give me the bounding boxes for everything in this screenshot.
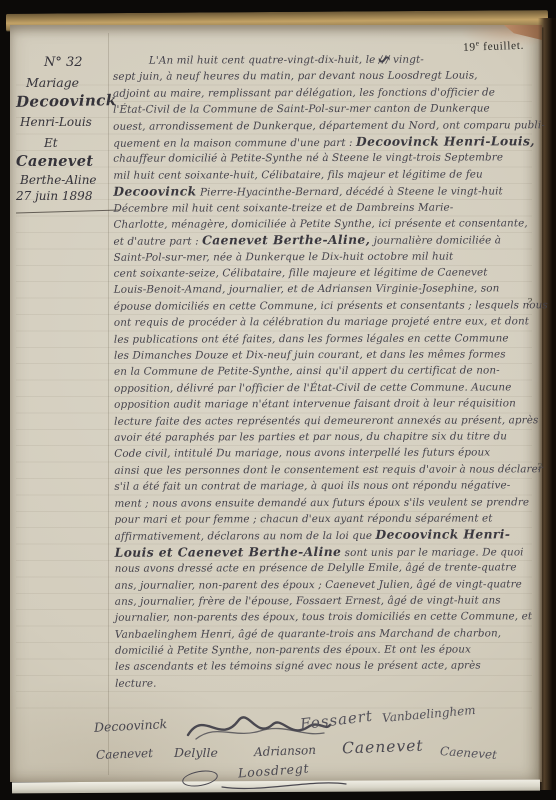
- manuscript-line: domicilié à Petite Synthe, non-parents d…: [115, 641, 545, 659]
- manuscript-line: avoir été paraphés par les parties et pa…: [114, 428, 544, 446]
- act-body-text: L'An mil huit cent quatre-vingt-dix-huit…: [113, 51, 545, 692]
- bride-given-names: Berthe-Aline: [20, 173, 97, 187]
- folio-label: 19e feuillet.: [463, 37, 524, 54]
- manuscript-line: les ascendants et les témoins signé avec…: [115, 658, 545, 676]
- margin-mark: ?: [527, 297, 532, 308]
- manuscript-line: ans, journalier, non-parent des époux ; …: [115, 576, 545, 594]
- witness-vanbaelinghem-signature: Vanbaelinghem: [382, 703, 477, 725]
- act-date: 27 juin 1898: [16, 189, 92, 203]
- margin-mark: ?: [537, 462, 542, 473]
- manuscript-line: l'État-Civil de la Commune de Saint-Pol-…: [113, 100, 543, 118]
- manuscript-line: Décembre mil huit cent soixante-treize e…: [113, 199, 543, 217]
- manuscript-line: les Dimanches Douze et Dix-neuf juin cou…: [114, 346, 544, 364]
- caenevet-large-signature: Caenevet: [342, 737, 424, 758]
- manuscript-line: lecture.: [115, 674, 545, 692]
- manuscript-line: Louis et Caenevet Berthe-Aline sont unis…: [115, 543, 545, 561]
- manuscript-line: Vanbaelinghem Henri, âgé de quarante-tro…: [115, 625, 545, 643]
- manuscript-line: lecture faite des actes représentés qui …: [114, 412, 544, 430]
- act-number: N° 32: [44, 55, 83, 70]
- manuscript-line: chauffeur domicilié à Petite-Synthe né à…: [113, 150, 543, 168]
- manuscript-line: ans, journalier, frère de l'épouse, Foss…: [115, 592, 545, 610]
- folio-ordinal-suffix: e: [475, 38, 479, 47]
- folio-word: feuillet.: [483, 40, 524, 53]
- caenevet-signature: Caenevet: [96, 746, 153, 762]
- manuscript-line: ainsi que les personnes dont le consente…: [114, 461, 544, 479]
- manuscript-line: L'An mil huit cent quatre-vingt-dix-huit…: [113, 51, 543, 69]
- groom-given-names: Henri-Louis: [20, 115, 92, 129]
- groom-surname: Decoovinck: [16, 91, 117, 111]
- manuscript-line: opposition, délivré par l'officier de l'…: [114, 379, 544, 397]
- margin-note: N° 32 Mariage Decoovinck Henri-Louis Et …: [16, 53, 120, 253]
- caenevet-overlapping-signature: Caenevet: [440, 744, 498, 762]
- margin-underline: [16, 210, 120, 214]
- manuscript-line: en la Commune de Petite-Synthe, ainsi qu…: [114, 363, 544, 381]
- act-type: Mariage: [26, 75, 79, 90]
- manuscript-line: ment ; nous avons ensuite demandé aux fu…: [114, 494, 544, 512]
- bride-surname: Caenevet: [16, 153, 93, 170]
- manuscript-line: adjoint au maire, remplissant par déléga…: [113, 84, 543, 102]
- manuscript-line: Code civil, intitulé Du mariage, nous av…: [114, 445, 544, 463]
- groom-signature: Decoovinck: [94, 716, 168, 735]
- photographed-register-spread: 19e feuillet. N° 32 Mariage Decoovinck H…: [0, 0, 556, 800]
- manuscript-line: ont requis de procéder à la célébration …: [114, 313, 544, 331]
- manuscript-line: Louis-Benoit-Amand, journalier, et de Ad…: [114, 281, 544, 299]
- manuscript-line: opposition audit mariage n'étant interve…: [114, 395, 544, 413]
- witness-delylle-signature: Delylle: [174, 745, 218, 760]
- manuscript-line: journalier, non-parents des époux, tous …: [115, 609, 545, 627]
- manuscript-line: les publications ont été faites, dans le…: [114, 330, 544, 348]
- manuscript-line: mil huit cent soixante-huit, Célibataire…: [113, 166, 543, 184]
- manuscript-line: épouse domiciliés en cette Commune, ici …: [114, 297, 544, 315]
- manuscript-line: nous avons dressé acte en présence de De…: [115, 559, 545, 577]
- manuscript-line: cent soixante-seize, Célibataire, fille …: [114, 264, 544, 282]
- register-page: 19e feuillet. N° 32 Mariage Decoovinck H…: [10, 25, 542, 782]
- manuscript-line: ouest, arrondissement de Dunkerque, dépa…: [113, 117, 543, 135]
- manuscript-line: pour mari et pour femme ; chacun d'eux a…: [114, 510, 544, 528]
- folio-number: 19: [463, 41, 476, 53]
- manuscript-line: affirmativement, déclarons au nom de la …: [115, 527, 545, 545]
- officer-signature-swash: [220, 773, 350, 793]
- adrianson-signature: Adrianson: [254, 743, 316, 759]
- manuscript-line: Saint-Pol-sur-mer, née à Dunkerque le Di…: [114, 248, 544, 266]
- manuscript-line: s'il a été fait un contrat de mariage, à…: [114, 477, 544, 495]
- manuscript-line: Charlotte, ménagère, domiciliée à Petite…: [113, 215, 543, 233]
- manuscript-line: et d'autre part : Caenevet Berthe-Aline,…: [114, 232, 544, 250]
- manuscript-line: Decoovinck Pierre-Hyacinthe-Bernard, déc…: [113, 182, 543, 200]
- manuscript-line: sept juin, à neuf heures du matin, par d…: [113, 68, 543, 86]
- conjunction: Et: [44, 136, 58, 150]
- manuscript-line: quement en la maison commune d'une part …: [113, 133, 543, 151]
